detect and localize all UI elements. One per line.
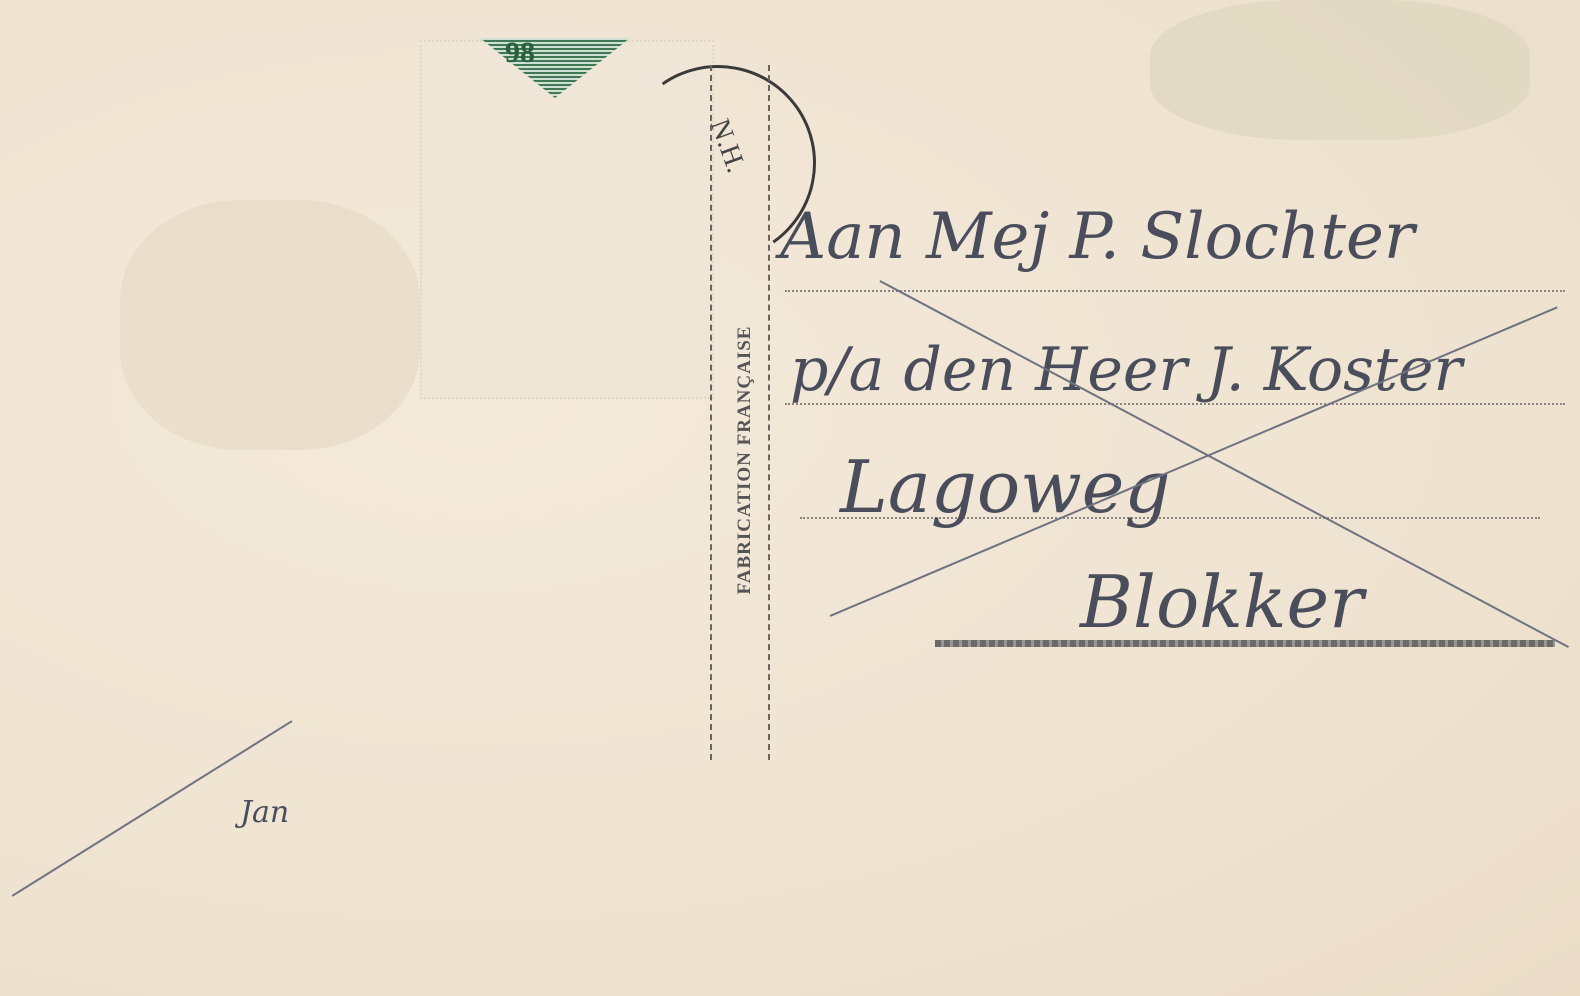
signature: Jan	[240, 795, 289, 830]
stain	[120, 200, 420, 450]
address-line-2: p/a den Heer J. Koster	[790, 335, 1462, 405]
postcard-back: 98 N.H. FABRICATION FRANÇAISE Aan Mej P.…	[0, 0, 1580, 996]
divider-line	[710, 65, 712, 760]
address-line-1: Aan Mej P. Slochter	[780, 200, 1414, 274]
imprint-text: FABRICATION FRANÇAISE	[734, 326, 756, 595]
address-line-3: Lagoweg	[840, 445, 1171, 529]
stamp-number: 98	[505, 36, 535, 70]
stain	[1150, 0, 1530, 140]
underline	[935, 640, 1555, 647]
address-line-4: Blokker	[1080, 560, 1364, 644]
divider-line	[768, 65, 770, 760]
